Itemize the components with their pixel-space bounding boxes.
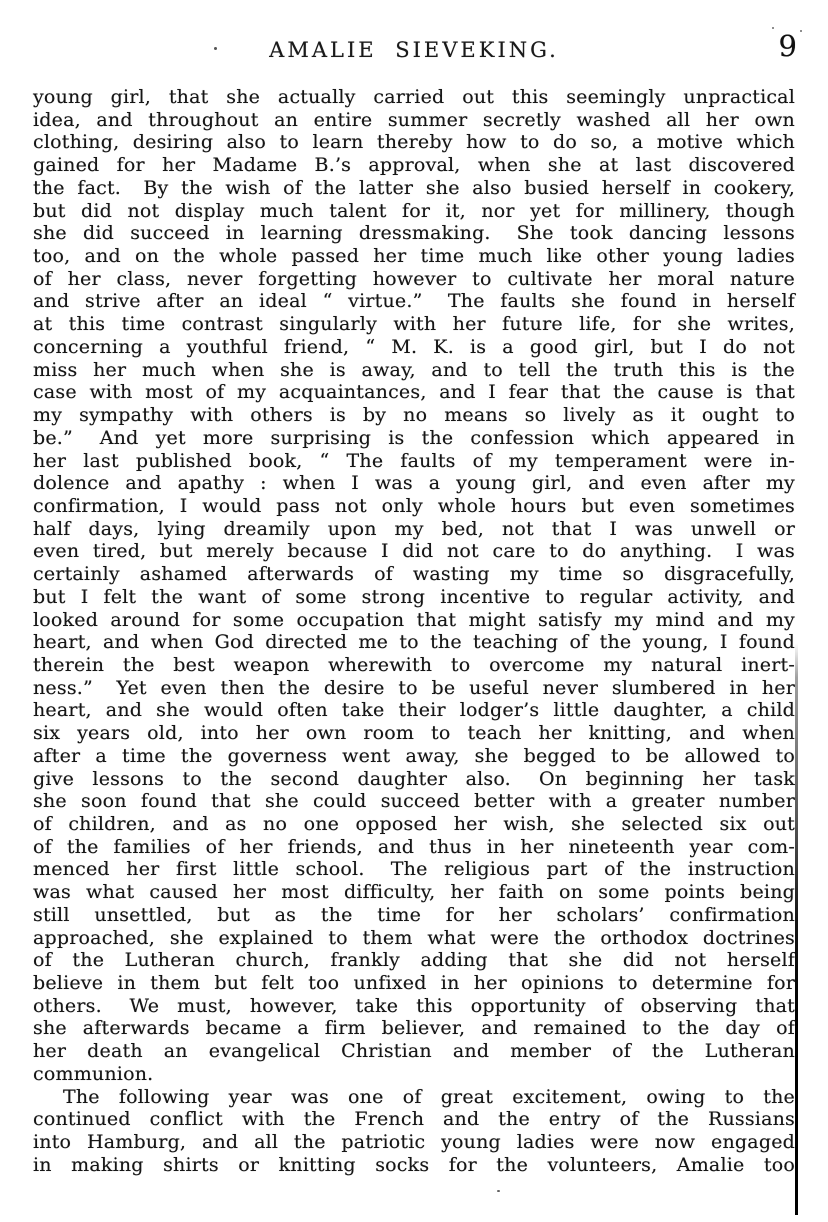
ink-speck xyxy=(772,27,774,29)
text-line: therein the best weapon wherewith to ove… xyxy=(33,654,795,677)
text-line: miss her much when she is away, and to t… xyxy=(33,359,795,382)
text-line: too, and on the whole passed her time mu… xyxy=(33,245,795,268)
text-line: of children, and as no one opposed her w… xyxy=(33,813,795,836)
text-line: The following year was one of great exci… xyxy=(33,1086,795,1109)
text-line: even tired, but merely because I did not… xyxy=(33,540,795,563)
text-line: heart, and she would often take their lo… xyxy=(33,699,795,722)
text-line: her death an evangelical Christian and m… xyxy=(33,1040,795,1063)
text-line: certainly ashamed afterwards of wasting … xyxy=(33,563,795,586)
text-line: she soon found that she could succeed be… xyxy=(33,790,795,813)
text-line: my sympathy with others is by no means s… xyxy=(33,404,795,427)
body-text: young girl, that she actually carried ou… xyxy=(33,86,795,1177)
text-line: looked around for some occupation that m… xyxy=(33,609,795,632)
text-line: half days, lying dreamily upon my bed, n… xyxy=(33,518,795,541)
text-line: was what caused her most difficulty, her… xyxy=(33,881,795,904)
text-line: communion. xyxy=(33,1063,795,1086)
text-line: ness.” Yet even then the desire to be us… xyxy=(33,677,795,700)
text-line: of her class, never forgetting however t… xyxy=(33,268,795,291)
page-header: AMALIE SIEVEKING. 9 xyxy=(33,36,795,66)
text-line: continued conflict with the French and t… xyxy=(33,1108,795,1131)
ink-speck xyxy=(800,30,802,32)
text-line: in making shirts or knitting socks for t… xyxy=(33,1154,795,1177)
text-line: approached, she explained to them what w… xyxy=(33,927,795,950)
text-line: she did succeed in learning dressmaking.… xyxy=(33,222,795,245)
text-line: but did not display much talent for it, … xyxy=(33,200,795,223)
scan-edge-artifact xyxy=(795,643,798,1215)
text-line: case with most of my acquaintances, and … xyxy=(33,381,795,404)
text-line: at this time contrast singularly with he… xyxy=(33,313,795,336)
text-line: believe in them but felt too unfixed in … xyxy=(33,972,795,995)
text-line: after a time the governess went away, sh… xyxy=(33,745,795,768)
book-page: AMALIE SIEVEKING. 9 young girl, that she… xyxy=(0,0,828,1222)
text-line: be.” And yet more surprising is the conf… xyxy=(33,427,795,450)
page-number: 9 xyxy=(779,29,797,63)
text-line: concerning a youthful friend, “ M. K. is… xyxy=(33,336,795,359)
text-line: heart, and when God directed me to the t… xyxy=(33,631,795,654)
ink-speck xyxy=(214,47,217,50)
text-line: idea, and throughout an entire summer se… xyxy=(33,109,795,132)
text-line: into Hamburg, and all the patriotic youn… xyxy=(33,1131,795,1154)
text-line: the fact. By the wish of the latter she … xyxy=(33,177,795,200)
text-line: confirmation, I would pass not only whol… xyxy=(33,495,795,518)
text-line: menced her first little school. The reli… xyxy=(33,858,795,881)
text-line: others. We must, however, take this oppo… xyxy=(33,995,795,1018)
text-line: six years old, into her own room to teac… xyxy=(33,722,795,745)
text-line: but I felt the want of some strong incen… xyxy=(33,586,795,609)
text-line: still unsettled, but as the time for her… xyxy=(33,904,795,927)
text-line: her last published book, “ The faults of… xyxy=(33,450,795,473)
text-line: she afterwards became a firm believer, a… xyxy=(33,1017,795,1040)
running-title: AMALIE SIEVEKING. xyxy=(33,38,795,62)
ink-speck xyxy=(497,1190,500,1192)
text-line: give lessons to the second daughter also… xyxy=(33,768,795,791)
text-line: dolence and apathy : when I was a young … xyxy=(33,472,795,495)
text-line: of the families of her friends, and thus… xyxy=(33,836,795,859)
text-line: of the Lutheran church, frankly adding t… xyxy=(33,949,795,972)
text-line: clothing, desiring also to learn thereby… xyxy=(33,131,795,154)
text-line: and strive after an ideal “ virtue.” The… xyxy=(33,290,795,313)
text-line: young girl, that she actually carried ou… xyxy=(33,86,795,109)
text-line: gained for her Madame B.’s approval, whe… xyxy=(33,154,795,177)
